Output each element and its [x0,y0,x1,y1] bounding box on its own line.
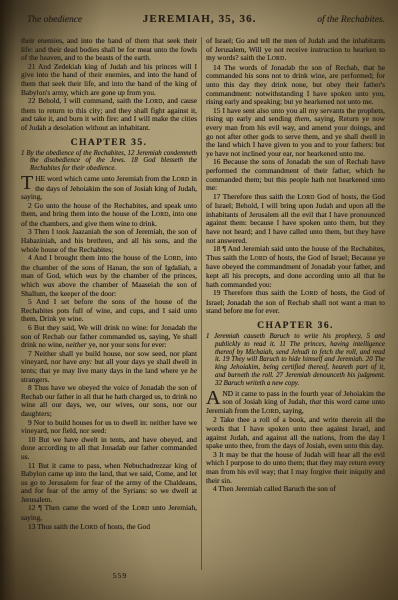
lord-small-caps: LORD [250,253,267,262]
verse: 7 Neither shall ye build house, nor sow … [21,350,197,384]
verse: 11 But it came to pass, when Nebuchadrez… [21,462,197,505]
lord-small-caps: LORD [145,96,162,105]
verse: 12 ¶ Then came the word of the LORD unto… [21,504,197,522]
drop-cap-initial: A [206,390,222,407]
chapter-summary: 1 By the obedience of the Rechabites, 12… [21,150,197,173]
verse: 18 ¶ And Jeremiah said unto the house of… [206,245,385,289]
verse: 22 Behold, I will command, saith the LOR… [21,97,197,132]
lord-small-caps: LORD [172,174,189,183]
verse: 4 And I brought them into the house of t… [21,254,197,298]
verse: 4 Then Jeremiah called Baruch the son of [206,485,385,494]
verse: 19 Therefore thus saith the LORD of host… [206,289,385,316]
lord-small-caps: LORD [80,522,97,531]
page-header: The obedience JEREMIAH, 35, 36. of the R… [27,13,385,25]
verse: 21 And Zedekiah king of Judah and his pr… [21,63,197,97]
verse: 14 The words of Jonadab the son of Recha… [206,64,385,107]
text-columns: their enemies, and into the hand of them… [21,37,385,584]
verse: 16 Because the sons of Jonadab the son o… [206,158,385,192]
continued-verse: their enemies, and into the hand of them… [21,37,197,63]
drop-cap-initial: T [21,175,35,192]
verse: 5 And I set before the sons of the house… [21,298,197,324]
running-head-left: The obedience [27,15,82,25]
verse: 9 Nor to build houses for us to dwell in… [21,419,197,436]
verse: 6 But they said, We will drink no wine: … [21,324,197,350]
page-number: 559 [35,571,205,580]
verse: 2 Go unto the house of the Rechabites, a… [21,202,197,229]
lord-small-caps: LORD [164,253,181,262]
verse: 3 Then I took Jaazaniah the son of Jerem… [21,228,197,254]
lord-small-caps: LORD [267,53,284,62]
verse: 3 It may be that the house of Judah will… [206,451,385,485]
chapter-opening-verse: THE word which came unto Jeremiah from t… [21,175,197,202]
column-divider-rule [201,37,202,570]
chapter-opening-verse: AND it came to pass in the fourth year o… [206,390,385,417]
lord-small-caps: LORD [301,288,318,297]
left-column: their enemies, and into the hand of them… [21,37,197,584]
verse: 10 But we have dwelt in tents, and have … [21,436,197,462]
book-chapter-title: JEREMIAH, 35, 36. [143,13,257,25]
chapter-summary: 1 Jeremiah causeth Baruch to write his p… [206,333,385,388]
verse: 15 I have sent also unto you all my serv… [206,107,385,159]
lord-small-caps: LORD [151,209,168,218]
book-page: The obedience JEREMIAH, 35, 36. of the R… [0,0,398,600]
chapter-heading: CHAPTER 35. [21,137,197,148]
verse: 13 Thus saith the LORD of hosts, the God [21,523,197,533]
lord-small-caps: LORD [262,406,279,415]
running-head-right: of the Rechabites. [317,15,385,25]
verse: 17 Therefore thus saith the LORD God of … [206,193,385,246]
verse: 8 Thus have we obeyed the voice of Jonad… [21,384,197,418]
lord-small-caps: LORD [297,192,314,201]
right-column: of Israel; Go and tell the men of Judah … [206,37,385,584]
verse: 2 Take thee a roll of a book, and write … [206,416,385,450]
chapter-heading: CHAPTER 36. [206,320,385,331]
continued-verse: of Israel; Go and tell the men of Judah … [206,37,385,64]
lord-small-caps: LORD [132,503,149,512]
